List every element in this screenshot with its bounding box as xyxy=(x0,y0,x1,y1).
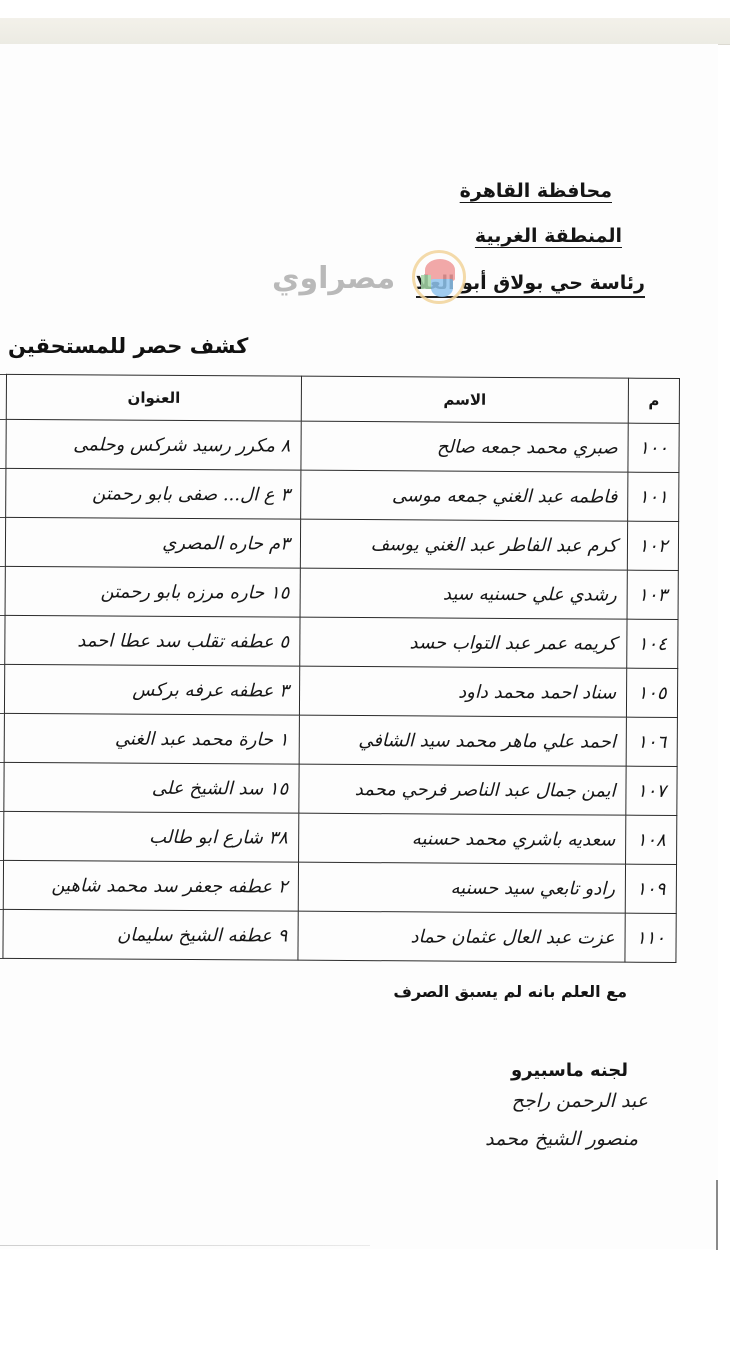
row-extra xyxy=(0,468,6,517)
row-extra xyxy=(0,909,4,958)
row-extra xyxy=(0,860,4,909)
row-name: رادو تابعي سيد حسنيه xyxy=(298,862,626,913)
row-number: ١٠٣ xyxy=(627,570,678,619)
watermark: مصراوي xyxy=(272,252,395,304)
row-number: ١٠٠ xyxy=(628,423,679,472)
committee-label: لجنه ماسبيرو xyxy=(511,1060,628,1081)
row-name: عزت عبد العال عثمان حماد xyxy=(298,911,626,962)
header-governorate: محافظة القاهرة xyxy=(460,180,612,202)
watermark-text: مصراوي xyxy=(272,261,395,296)
row-extra xyxy=(0,615,5,664)
row-name: رشدي علي حسنيه سيد xyxy=(300,568,628,619)
row-address: ١٥ حاره مرزه بابو رحمتن xyxy=(5,566,300,617)
table-header-row: م الاسم العنوان xyxy=(0,374,679,423)
row-address: ١٥ سد الشيخ على xyxy=(4,762,299,813)
row-number: ١٠٢ xyxy=(627,521,678,570)
row-extra xyxy=(0,566,6,615)
row-name: ايمن جمال عبد الناصر فرحي محمد xyxy=(299,764,627,815)
footnote: مع العلم بانه لم يسبق الصرف xyxy=(393,982,627,1001)
table-row: ١٠٩ رادو تابعي سيد حسنيه ٢ عطفه جعفر سد … xyxy=(0,860,677,913)
table-row: ١٠١ فاطمه عبد الغني جمعه موسى ٣ ع ال... … xyxy=(0,468,679,521)
column-header-extra xyxy=(0,374,7,419)
row-address: ٥ عطفه تقلب سد عطا احمد xyxy=(5,615,300,666)
row-extra xyxy=(0,419,7,468)
column-header-number: م xyxy=(628,378,679,423)
beneficiaries-table: م الاسم العنوان ١٠٠ صبري محمد جمعه صالح … xyxy=(0,374,680,963)
row-number: ١٠٨ xyxy=(626,815,677,864)
table-row: ١٠٥ سناد احمد محمد داود ٣ عطفه عرفه بركس xyxy=(0,664,678,717)
row-extra xyxy=(0,811,4,860)
row-number: ١٠١ xyxy=(628,472,679,521)
row-extra xyxy=(0,713,5,762)
table-row: ١٠٠ صبري محمد جمعه صالح ٨ مكرر رسيد شركس… xyxy=(0,419,679,472)
row-number: ١٠٩ xyxy=(625,864,676,913)
scan-top-edge xyxy=(0,18,730,45)
signature-1: عبد الرحمن راجح xyxy=(512,1090,648,1112)
row-name: صبري محمد جمعه صالح xyxy=(301,421,629,472)
column-header-address: العنوان xyxy=(7,374,302,421)
row-number: ١٠٧ xyxy=(626,766,677,815)
header-region: المنطقة الغربية xyxy=(475,225,622,247)
table-row: ١٠٦ احمد علي ماهر محمد سيد الشافي ١ حارة… xyxy=(0,713,677,766)
row-name: سعديه باشري محمد حسنيه xyxy=(298,813,626,864)
row-extra xyxy=(0,762,5,811)
row-extra xyxy=(0,664,5,713)
row-number: ١٠٥ xyxy=(627,668,678,717)
table-row: ١٠٨ سعديه باشري محمد حسنيه ٣٨ شارع ابو ط… xyxy=(0,811,677,864)
page-bottom-edge xyxy=(0,1245,370,1246)
row-address: ٣ عطفه عرفه بركس xyxy=(5,664,300,715)
table-row: ١٠٣ رشدي علي حسنيه سيد ١٥ حاره مرزه بابو… xyxy=(0,566,678,619)
row-address: ٢ عطفه جعفر سد محمد شاهين xyxy=(4,860,299,911)
row-address: ٣م حاره المصري xyxy=(6,517,301,568)
table-row: ١٠٢ كرم عبد الفاطر عبد الغني يوسف ٣م حار… xyxy=(0,517,679,570)
row-number: ١٠٤ xyxy=(627,619,678,668)
row-name: فاطمه عبد الغني جمعه موسى xyxy=(300,470,628,521)
row-number: ١٠٦ xyxy=(626,717,677,766)
row-name: احمد علي ماهر محمد سيد الشافي xyxy=(299,715,627,766)
row-name: سناد احمد محمد داود xyxy=(299,666,627,717)
row-address: ١ حارة محمد عبد الغني xyxy=(5,713,300,764)
masrawy-logo-icon xyxy=(412,250,466,304)
column-header-name: الاسم xyxy=(301,376,629,423)
row-name: كريمه عمر عبد التواب حسد xyxy=(299,617,627,668)
row-address: ٩ عطفه الشيخ سليمان xyxy=(3,909,298,960)
table-row: ١٠٤ كريمه عمر عبد التواب حسد ٥ عطفه تقلب… xyxy=(0,615,678,668)
row-number: ١١٠ xyxy=(625,913,676,962)
table-row: ١٠٧ ايمن جمال عبد الناصر فرحي محمد ١٥ سد… xyxy=(0,762,677,815)
row-extra xyxy=(0,517,6,566)
row-address: ٨ مكرر رسيد شركس وحلمى xyxy=(6,419,301,470)
signature-2: منصور الشيخ محمد xyxy=(485,1128,638,1150)
document-title: كشف حصر للمستحقين xyxy=(8,334,248,358)
row-name: كرم عبد الفاطر عبد الغني يوسف xyxy=(300,519,628,570)
row-address: ٣٨ شارع ابو طالب xyxy=(4,811,299,862)
table-row: ١١٠ عزت عبد العال عثمان حماد ٩ عطفه الشي… xyxy=(0,909,676,962)
page-right-edge xyxy=(716,1180,718,1250)
row-address: ٣ ع ال... صفى بابو رحمتن xyxy=(6,468,301,519)
